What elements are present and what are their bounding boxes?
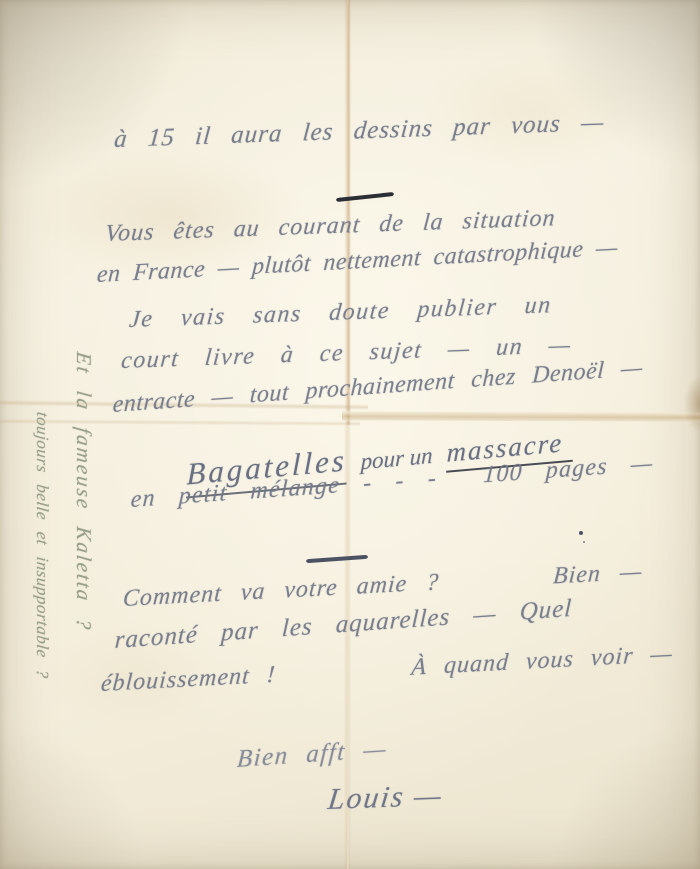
margin-note-vertical: Et la fameuse Kaletta ? toujours belle e… [21, 340, 105, 760]
paper-edge-tear [684, 376, 700, 432]
ink-speck [579, 531, 583, 535]
margin-note-line: toujours belle et insupportable ? [21, 338, 63, 762]
margin-note-line: Et la fameuse Kaletta ? [63, 338, 105, 762]
letter-line: Je vais sans doute publier un [128, 292, 553, 334]
ink-divider-stroke [306, 555, 368, 563]
letter-closing: Bien afft — [236, 735, 388, 774]
paper-stain [420, 50, 640, 170]
signature: Louis — [326, 779, 445, 817]
letter-scan: à 15 il aura les dessins par vous — Vous… [0, 0, 700, 869]
letter-line: à 15 il aura les dessins par vous — [113, 109, 606, 154]
